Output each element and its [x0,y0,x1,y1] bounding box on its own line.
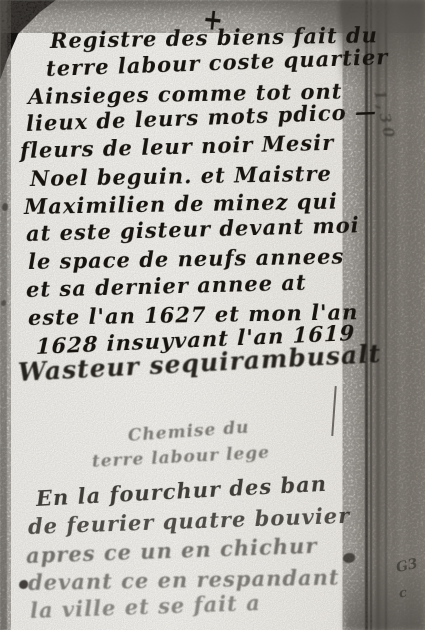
margin-mark: 1,30 [370,88,399,143]
manuscript-line: Noel beguin. et Maistre [30,163,332,189]
manuscript-line: de feurier quatre bouvier [28,505,351,537]
manuscript-line: fleurs de leur noir Mesir [20,132,335,161]
handwriting-layer: + Registre des biens fait du terre labou… [0,0,425,630]
margin-mark: G3 [395,556,420,576]
manuscript-line: et sa dernier annee at [26,272,307,300]
manuscript-line: En la fourchur des ban [35,473,327,509]
manuscript-line: devant ce en respandant [28,567,340,593]
manuscript-line: apres ce un en chichur [26,535,318,566]
section-heading-line: Chemise du [127,420,250,445]
manuscript-line: la ville et se fait a [30,592,261,621]
manuscript-line: le space de neufs annees [28,245,345,272]
manuscript-line: Maximilien de minez qui [24,191,338,217]
manuscript-scan-page: + Registre des biens fait du terre labou… [0,0,425,630]
margin-mark: c [398,586,408,602]
manuscript-line: at este gisteur devant moi [26,214,360,244]
section-heading-line: terre labour lege [92,445,271,471]
